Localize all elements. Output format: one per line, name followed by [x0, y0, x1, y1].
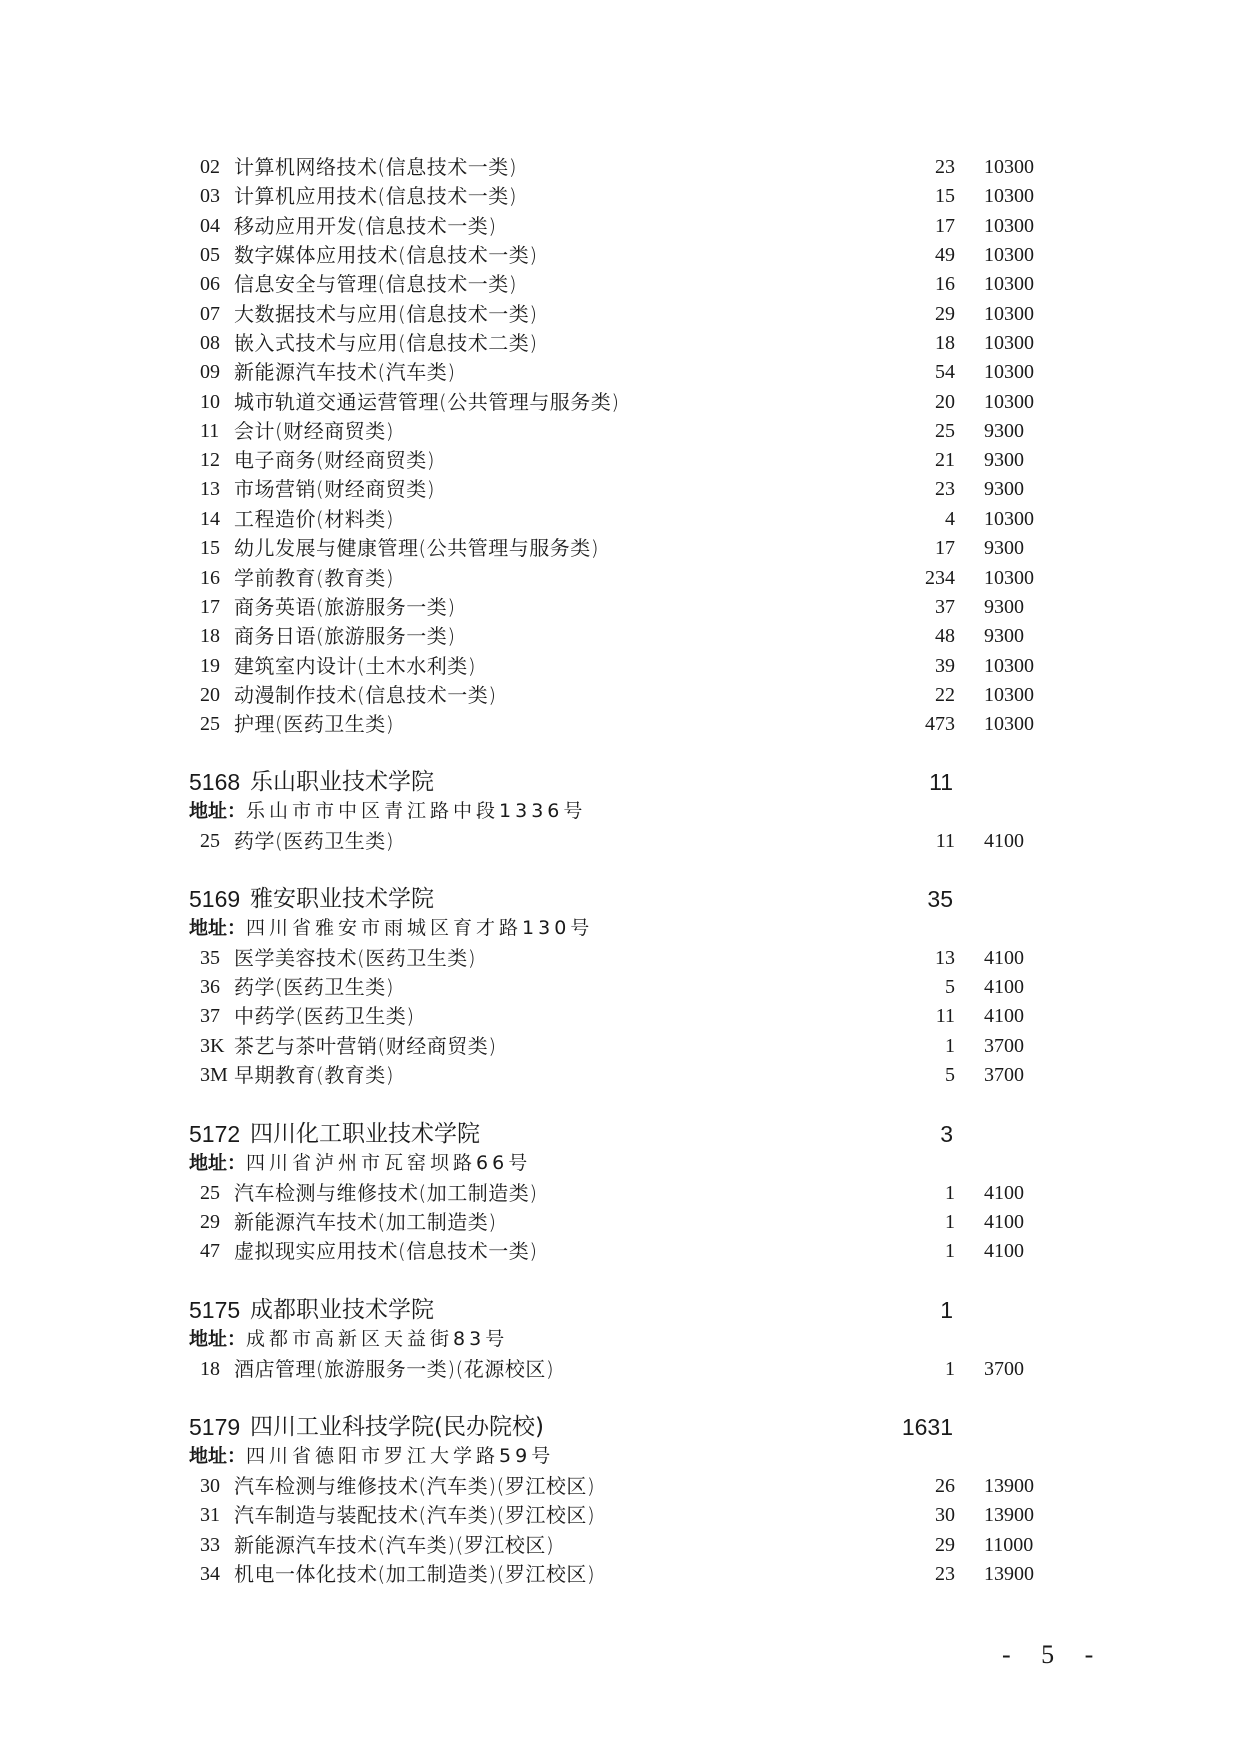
- major-code: 14: [200, 504, 220, 534]
- major-row: 16 学前教育(教育类) 234 10300: [0, 563, 1240, 593]
- major-count: 30: [935, 1500, 955, 1530]
- school-total: 3: [940, 1118, 953, 1150]
- major-count: 37: [935, 592, 955, 622]
- major-count: 1: [945, 1236, 955, 1266]
- school-code: 5169: [189, 883, 240, 915]
- major-fee: 4100: [984, 1236, 1024, 1266]
- major-code: 35: [200, 943, 220, 973]
- major-fee: 10300: [984, 299, 1034, 329]
- major-count: 22: [935, 680, 955, 710]
- major-row: 25 护理(医药卫生类) 473 10300: [0, 709, 1240, 739]
- school-code: 5172: [189, 1118, 240, 1150]
- major-name: 新能源汽车技术(汽车类): [234, 357, 456, 387]
- major-name: 动漫制作技术(信息技术一类): [234, 680, 497, 710]
- major-count: 39: [935, 651, 955, 681]
- major-code: 29: [200, 1207, 220, 1237]
- major-code: 36: [200, 972, 220, 1002]
- major-fee: 9300: [984, 621, 1024, 651]
- major-fee: 9300: [984, 474, 1024, 504]
- major-fee: 9300: [984, 445, 1024, 475]
- major-count: 15: [935, 181, 955, 211]
- major-code: 16: [200, 563, 220, 593]
- major-name: 护理(医药卫生类): [234, 709, 394, 739]
- school-address: 地址：四川省德阳市罗江大学路59号: [0, 1442, 1240, 1472]
- major-name: 嵌入式技术与应用(信息技术二类): [234, 328, 538, 358]
- school-name: 四川工业科技学院(民办院校): [250, 1411, 544, 1443]
- school-name: 雅安职业技术学院: [250, 883, 434, 915]
- major-name: 市场营销(财经商贸类): [234, 474, 435, 504]
- major-count: 11: [936, 826, 955, 856]
- major-name: 汽车制造与装配技术(汽车类)(罗江校区): [234, 1500, 595, 1530]
- major-code: 03: [200, 181, 220, 211]
- major-fee: 11000: [984, 1530, 1033, 1560]
- major-count: 5: [945, 1060, 955, 1090]
- major-row: 07 大数据技术与应用(信息技术一类) 29 10300: [0, 299, 1240, 329]
- school-total: 1631: [902, 1411, 953, 1443]
- major-fee: 10300: [984, 181, 1034, 211]
- address-text: 乐山市市中区青江路中段1336号: [246, 800, 586, 822]
- major-name: 数字媒体应用技术(信息技术一类): [234, 240, 538, 270]
- address-text: 四川省雅安市雨城区育才路130号: [246, 917, 593, 939]
- major-row: 31 汽车制造与装配技术(汽车类)(罗江校区) 30 13900: [0, 1500, 1240, 1530]
- major-count: 234: [925, 563, 955, 593]
- school-name: 乐山职业技术学院: [250, 766, 434, 798]
- address-label: 地址：: [189, 917, 246, 939]
- major-code: 13: [200, 474, 220, 504]
- major-fee: 3700: [984, 1354, 1024, 1384]
- major-fee: 3700: [984, 1031, 1024, 1061]
- major-fee: 10300: [984, 651, 1034, 681]
- major-row: 02 计算机网络技术(信息技术一类) 23 10300: [0, 152, 1240, 182]
- major-code: 07: [200, 299, 220, 329]
- major-code: 33: [200, 1530, 220, 1560]
- address-label: 地址：: [189, 1328, 246, 1350]
- major-row: 03 计算机应用技术(信息技术一类) 15 10300: [0, 181, 1240, 211]
- major-row: 18 酒店管理(旅游服务一类)(花源校区) 1 3700: [0, 1354, 1240, 1384]
- major-fee: 4100: [984, 943, 1024, 973]
- major-name: 早期教育(教育类): [234, 1060, 394, 1090]
- major-fee: 4100: [984, 1001, 1024, 1031]
- major-code: 09: [200, 357, 220, 387]
- major-count: 26: [935, 1471, 955, 1501]
- major-count: 16: [935, 269, 955, 299]
- major-row: 06 信息安全与管理(信息技术一类) 16 10300: [0, 269, 1240, 299]
- major-count: 25: [935, 416, 955, 446]
- major-code: 17: [200, 592, 220, 622]
- school-header: 5179 四川工业科技学院(民办院校) 1631: [0, 1411, 1240, 1441]
- address-label: 地址：: [189, 1152, 246, 1174]
- major-fee: 4100: [984, 1207, 1024, 1237]
- major-code: 06: [200, 269, 220, 299]
- major-name: 会计(财经商贸类): [234, 416, 394, 446]
- school-code: 5168: [189, 766, 240, 798]
- major-name: 中药学(医药卫生类): [234, 1001, 415, 1031]
- major-name: 虚拟现实应用技术(信息技术一类): [234, 1236, 538, 1266]
- school-header: 5175 成都职业技术学院 1: [0, 1294, 1240, 1324]
- major-count: 21: [935, 445, 955, 475]
- page-number: - 5 -: [1002, 1640, 1105, 1670]
- major-fee: 10300: [984, 240, 1034, 270]
- major-fee: 9300: [984, 533, 1024, 563]
- major-fee: 4100: [984, 1178, 1024, 1208]
- major-count: 23: [935, 474, 955, 504]
- school-name: 成都职业技术学院: [250, 1294, 434, 1326]
- major-name: 信息安全与管理(信息技术一类): [234, 269, 517, 299]
- school-total: 11: [929, 766, 953, 798]
- major-count: 1: [945, 1178, 955, 1208]
- major-count: 17: [935, 533, 955, 563]
- major-name: 幼儿发展与健康管理(公共管理与服务类): [234, 533, 599, 563]
- major-code: 20: [200, 680, 220, 710]
- school-total: 1: [940, 1294, 953, 1326]
- major-fee: 10300: [984, 563, 1034, 593]
- school-address: 地址：四川省雅安市雨城区育才路130号: [0, 914, 1240, 944]
- major-row: 33 新能源汽车技术(汽车类)(罗江校区) 29 11000: [0, 1530, 1240, 1560]
- major-name: 汽车检测与维修技术(加工制造类): [234, 1178, 538, 1208]
- major-name: 计算机网络技术(信息技术一类): [234, 152, 517, 182]
- major-row: 37 中药学(医药卫生类) 11 4100: [0, 1001, 1240, 1031]
- school-code: 5179: [189, 1411, 240, 1443]
- address-text: 四川省德阳市罗江大学路59号: [246, 1445, 554, 1467]
- major-name: 大数据技术与应用(信息技术一类): [234, 299, 538, 329]
- major-fee: 10300: [984, 387, 1034, 417]
- major-code: 34: [200, 1559, 220, 1589]
- address-label: 地址：: [189, 800, 246, 822]
- address-text: 四川省泸州市瓦窑坝路66号: [246, 1152, 531, 1174]
- address-label: 地址：: [189, 1445, 246, 1467]
- major-row: 25 汽车检测与维修技术(加工制造类) 1 4100: [0, 1178, 1240, 1208]
- major-count: 13: [935, 943, 955, 973]
- major-name: 汽车检测与维修技术(汽车类)(罗江校区): [234, 1471, 595, 1501]
- major-code: 31: [200, 1500, 220, 1530]
- school-address: 地址：乐山市市中区青江路中段1336号: [0, 797, 1240, 827]
- major-count: 29: [935, 1530, 955, 1560]
- major-fee: 13900: [984, 1559, 1034, 1589]
- major-name: 电子商务(财经商贸类): [234, 445, 435, 475]
- major-code: 25: [200, 1178, 220, 1208]
- major-code: 11: [200, 416, 219, 446]
- school-header: 5172 四川化工职业技术学院 3: [0, 1118, 1240, 1148]
- major-row: 3M 早期教育(教育类) 5 3700: [0, 1060, 1240, 1090]
- major-name: 商务日语(旅游服务一类): [234, 621, 456, 651]
- major-count: 1: [945, 1031, 955, 1061]
- major-row: 18 商务日语(旅游服务一类) 48 9300: [0, 621, 1240, 651]
- major-name: 移动应用开发(信息技术一类): [234, 211, 497, 241]
- major-fee: 10300: [984, 269, 1034, 299]
- major-name: 茶艺与茶叶营销(财经商贸类): [234, 1031, 497, 1061]
- major-count: 5: [945, 972, 955, 1002]
- school-name: 四川化工职业技术学院: [250, 1118, 480, 1150]
- major-fee: 10300: [984, 211, 1034, 241]
- major-count: 17: [935, 211, 955, 241]
- major-fee: 10300: [984, 709, 1034, 739]
- major-code: 04: [200, 211, 220, 241]
- major-code: 02: [200, 152, 220, 182]
- major-row: 20 动漫制作技术(信息技术一类) 22 10300: [0, 680, 1240, 710]
- major-code: 30: [200, 1471, 220, 1501]
- major-name: 新能源汽车技术(汽车类)(罗江校区): [234, 1530, 554, 1560]
- major-name: 新能源汽车技术(加工制造类): [234, 1207, 497, 1237]
- major-row: 29 新能源汽车技术(加工制造类) 1 4100: [0, 1207, 1240, 1237]
- major-row: 47 虚拟现实应用技术(信息技术一类) 1 4100: [0, 1236, 1240, 1266]
- major-row: 34 机电一体化技术(加工制造类)(罗江校区) 23 13900: [0, 1559, 1240, 1589]
- major-code: 08: [200, 328, 220, 358]
- major-fee: 9300: [984, 416, 1024, 446]
- school-header: 5169 雅安职业技术学院 35: [0, 883, 1240, 913]
- major-row: 19 建筑室内设计(土木水利类) 39 10300: [0, 651, 1240, 681]
- major-fee: 10300: [984, 504, 1034, 534]
- major-row: 3K 茶艺与茶叶营销(财经商贸类) 1 3700: [0, 1031, 1240, 1061]
- major-count: 20: [935, 387, 955, 417]
- major-count: 473: [925, 709, 955, 739]
- major-count: 54: [935, 357, 955, 387]
- major-code: 3M: [200, 1060, 228, 1090]
- major-row: 11 会计(财经商贸类) 25 9300: [0, 416, 1240, 446]
- major-fee: 13900: [984, 1471, 1034, 1501]
- major-count: 23: [935, 152, 955, 182]
- major-name: 酒店管理(旅游服务一类)(花源校区): [234, 1354, 554, 1384]
- major-name: 工程造价(材料类): [234, 504, 394, 534]
- major-count: 4: [945, 504, 955, 534]
- major-fee: 10300: [984, 680, 1034, 710]
- major-name: 药学(医药卫生类): [234, 972, 394, 1002]
- school-total: 35: [927, 883, 953, 915]
- major-count: 48: [935, 621, 955, 651]
- major-fee: 10300: [984, 357, 1034, 387]
- school-address: 地址：成都市高新区天益街83号: [0, 1325, 1240, 1355]
- major-row: 05 数字媒体应用技术(信息技术一类) 49 10300: [0, 240, 1240, 270]
- major-fee: 10300: [984, 152, 1034, 182]
- major-name: 城市轨道交通运营管理(公共管理与服务类): [234, 387, 620, 417]
- major-row: 17 商务英语(旅游服务一类) 37 9300: [0, 592, 1240, 622]
- major-fee: 4100: [984, 826, 1024, 856]
- major-name: 学前教育(教育类): [234, 563, 394, 593]
- major-code: 18: [200, 1354, 220, 1384]
- document-page: 02 计算机网络技术(信息技术一类) 23 10300 03 计算机应用技术(信…: [0, 0, 1240, 1754]
- school-address: 地址：四川省泸州市瓦窑坝路66号: [0, 1149, 1240, 1179]
- major-row: 12 电子商务(财经商贸类) 21 9300: [0, 445, 1240, 475]
- major-count: 18: [935, 328, 955, 358]
- major-code: 25: [200, 709, 220, 739]
- major-row: 15 幼儿发展与健康管理(公共管理与服务类) 17 9300: [0, 533, 1240, 563]
- address-text: 成都市高新区天益街83号: [246, 1328, 508, 1350]
- major-name: 建筑室内设计(土木水利类): [234, 651, 476, 681]
- major-name: 计算机应用技术(信息技术一类): [234, 181, 517, 211]
- major-fee: 3700: [984, 1060, 1024, 1090]
- major-fee: 4100: [984, 972, 1024, 1002]
- major-fee: 13900: [984, 1500, 1034, 1530]
- major-row: 25 药学(医药卫生类) 11 4100: [0, 826, 1240, 856]
- major-count: 23: [935, 1559, 955, 1589]
- major-count: 1: [945, 1354, 955, 1384]
- major-code: 18: [200, 621, 220, 651]
- major-fee: 10300: [984, 328, 1034, 358]
- major-count: 11: [936, 1001, 955, 1031]
- major-code: 37: [200, 1001, 220, 1031]
- major-code: 3K: [200, 1031, 224, 1061]
- major-code: 05: [200, 240, 220, 270]
- major-name: 机电一体化技术(加工制造类)(罗江校区): [234, 1559, 595, 1589]
- major-name: 商务英语(旅游服务一类): [234, 592, 456, 622]
- major-count: 49: [935, 240, 955, 270]
- major-row: 36 药学(医药卫生类) 5 4100: [0, 972, 1240, 1002]
- major-code: 15: [200, 533, 220, 563]
- major-name: 药学(医药卫生类): [234, 826, 394, 856]
- major-row: 30 汽车检测与维修技术(汽车类)(罗江校区) 26 13900: [0, 1471, 1240, 1501]
- major-code: 19: [200, 651, 220, 681]
- major-code: 10: [200, 387, 220, 417]
- major-row: 13 市场营销(财经商贸类) 23 9300: [0, 474, 1240, 504]
- school-header: 5168 乐山职业技术学院 11: [0, 766, 1240, 796]
- major-code: 25: [200, 826, 220, 856]
- major-row: 04 移动应用开发(信息技术一类) 17 10300: [0, 211, 1240, 241]
- major-row: 09 新能源汽车技术(汽车类) 54 10300: [0, 357, 1240, 387]
- major-row: 14 工程造价(材料类) 4 10300: [0, 504, 1240, 534]
- major-row: 08 嵌入式技术与应用(信息技术二类) 18 10300: [0, 328, 1240, 358]
- major-fee: 9300: [984, 592, 1024, 622]
- major-code: 47: [200, 1236, 220, 1266]
- major-row: 35 医学美容技术(医药卫生类) 13 4100: [0, 943, 1240, 973]
- major-count: 1: [945, 1207, 955, 1237]
- major-code: 12: [200, 445, 220, 475]
- major-row: 10 城市轨道交通运营管理(公共管理与服务类) 20 10300: [0, 387, 1240, 417]
- major-count: 29: [935, 299, 955, 329]
- major-name: 医学美容技术(医药卫生类): [234, 943, 476, 973]
- school-code: 5175: [189, 1294, 240, 1326]
